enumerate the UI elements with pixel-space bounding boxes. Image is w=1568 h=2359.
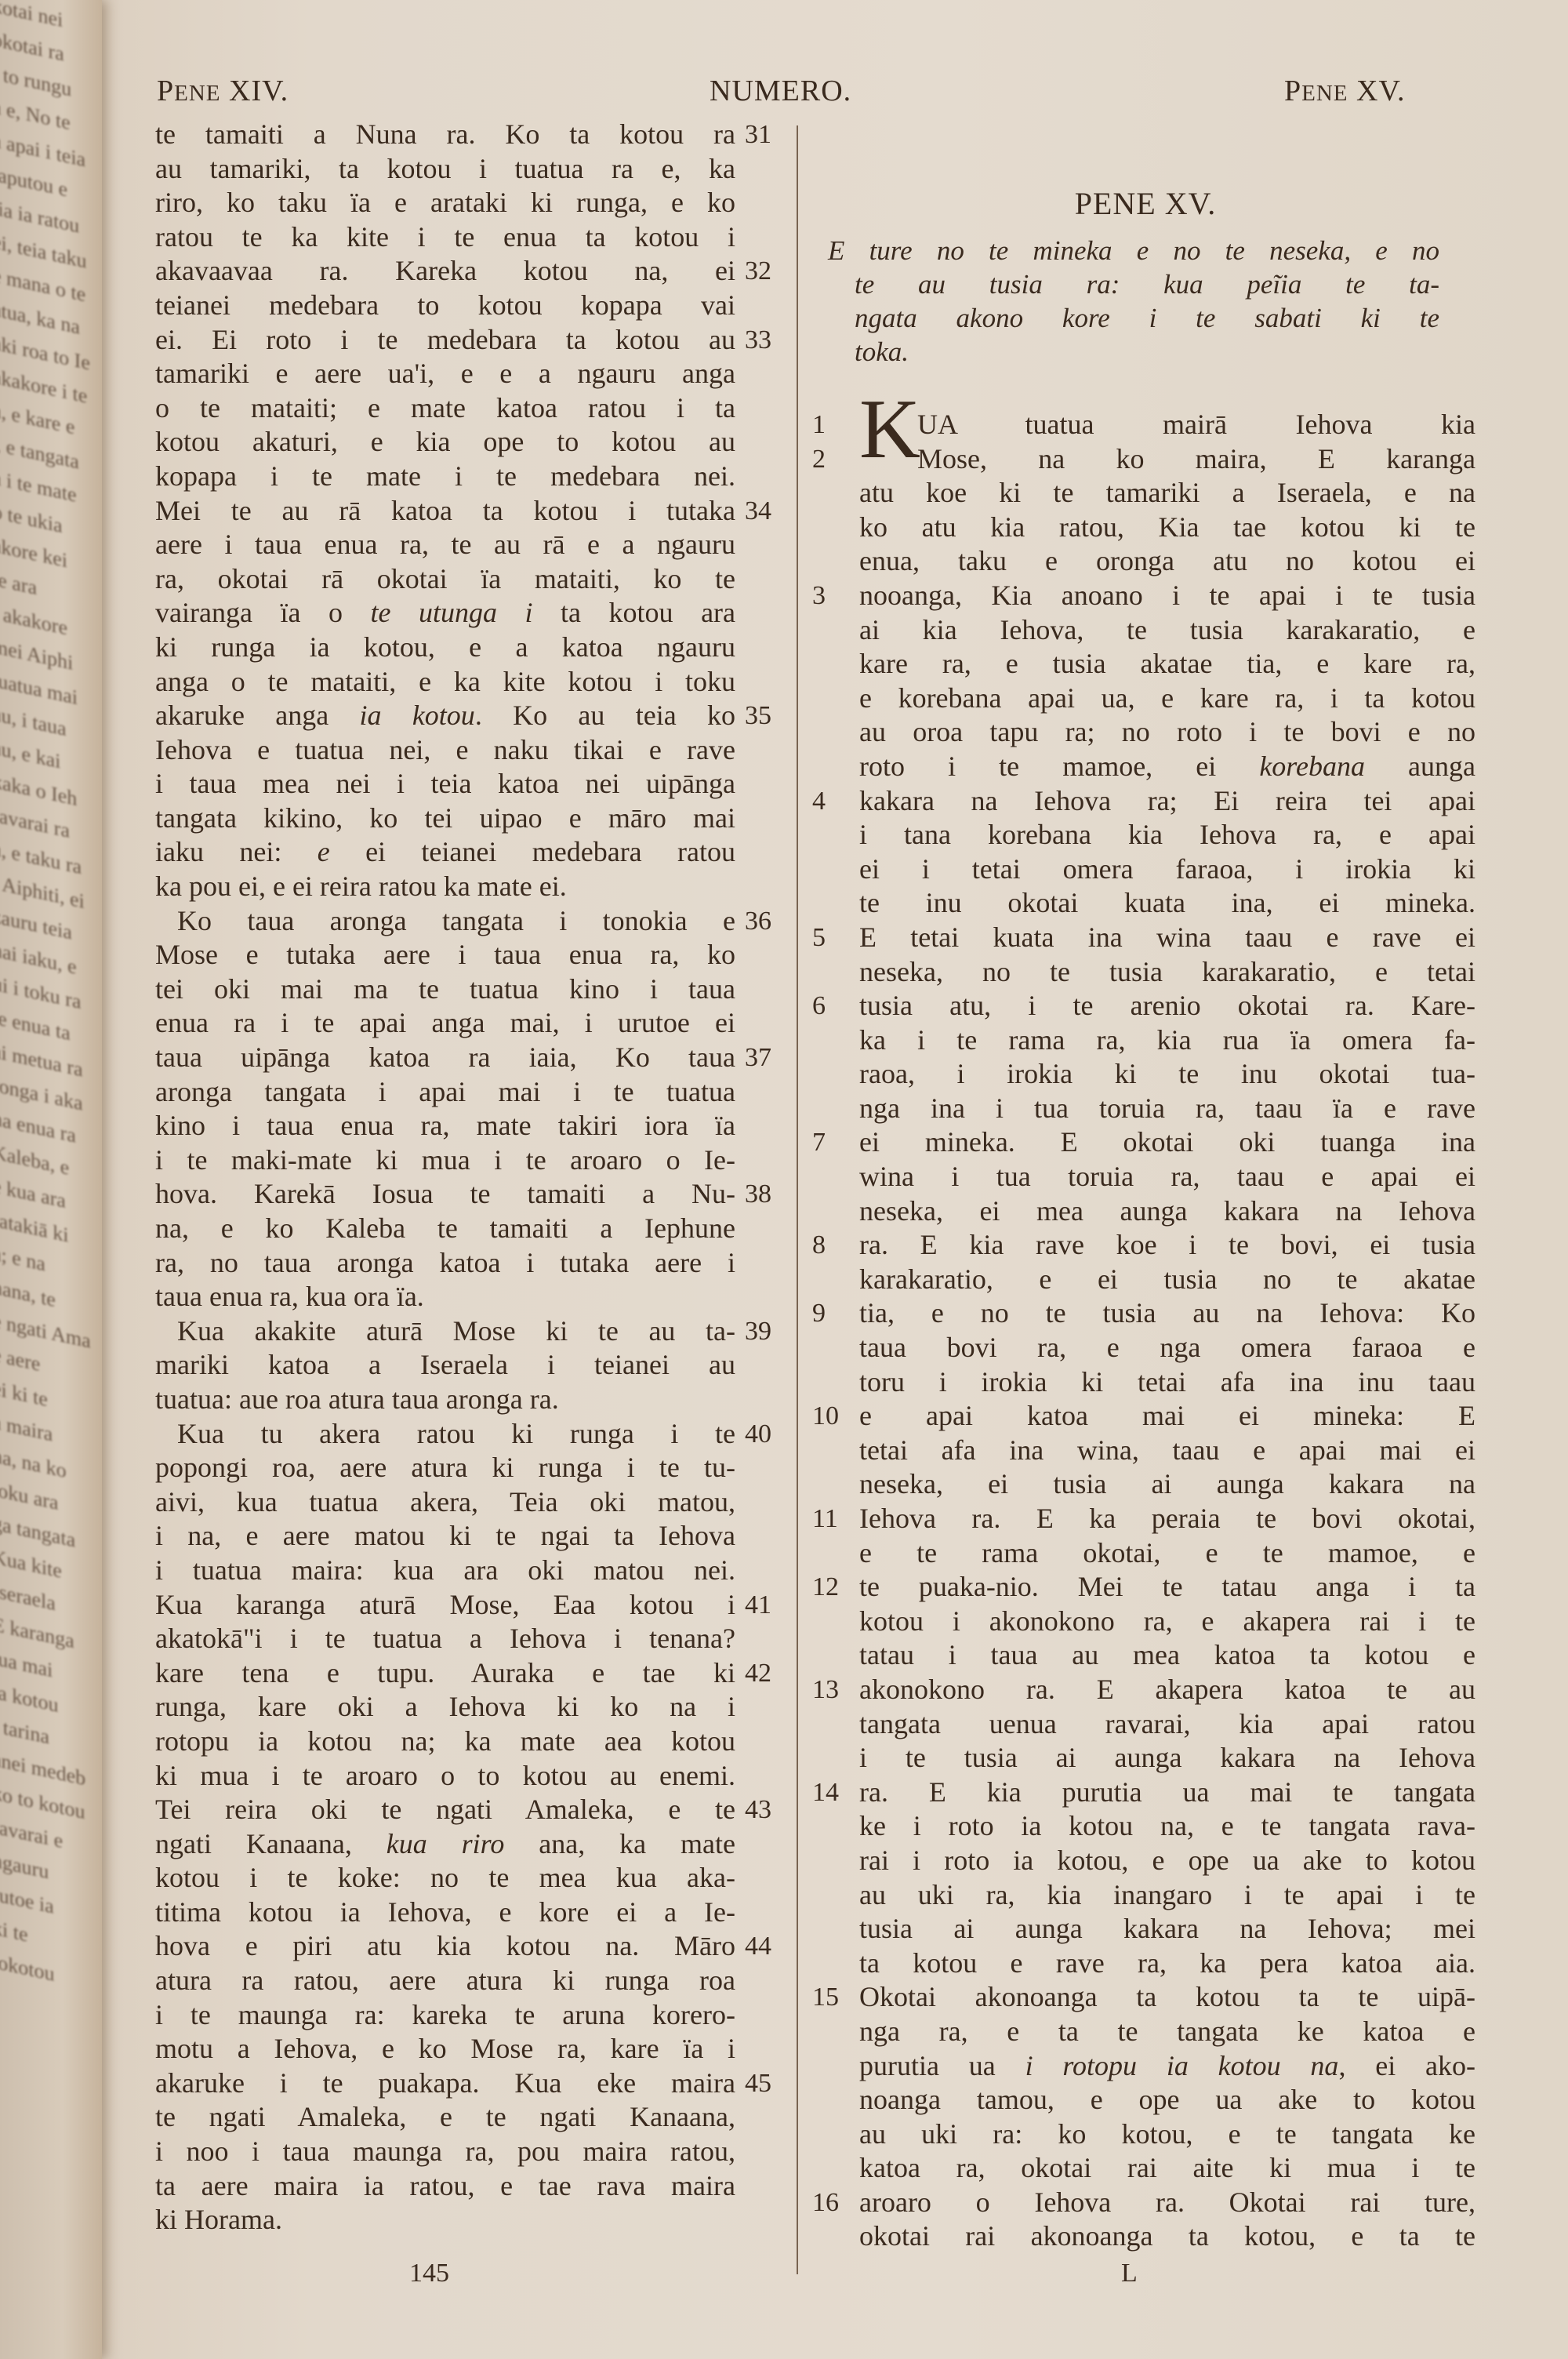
text-line: noanga tamou, e ope ua ake to kotou [859,2083,1475,2117]
line-text: Okotai akonoanga ta kotou ta te uipā- [859,1981,1475,2012]
line-text: aroaro o Iehova ra. Okotai rai ture, [859,2186,1475,2218]
verse-number: 42 [745,1656,771,1691]
line-text: te inu okotai kuata ina, ei mineka. [859,887,1475,918]
text-line: aronga tangata i apai mai i te tuatua [155,1075,735,1110]
line-text: tia, e no te tusia au na Iehova: Ko [859,1297,1475,1329]
line-text: au tamariki, ta kotou i tuatua ra e, ka [155,153,735,184]
text-line: akonokono ra. E akapera katoa te au13 [859,1673,1475,1707]
line-text: purutia ua i rotopu ia kotou na, ei ako- [859,2050,1475,2081]
text-line: kotou i akonokono ra, e akapera rai i te [859,1605,1475,1639]
line-text: toru i irokia ki tetai afa ina inu taau [859,1366,1475,1398]
text-line: ka i te rama ra, kia rua ïa omera fa- [859,1023,1475,1058]
chapter-title: PENE XV. [815,185,1475,222]
line-text: okotai rai akonoanga ta kotou, e ta te [859,2220,1475,2252]
line-text: karakaratio, e ei tusia no te akatae [859,1263,1475,1295]
verse-number: 12 [812,1570,851,1605]
text-line: Kua tu akera ratou ki runga i te40 [155,1417,735,1452]
page-number: 145 [409,2259,449,2288]
text-line: te ngati Amaleka, e te ngati Kanaana, [155,2100,735,2135]
text-line: aivi, kua tuatua akera, Teia oki matou, [155,1485,735,1520]
text-line: akatokā"i i te tuatua a Iehova i tenana? [155,1622,735,1656]
signature-mark: L [1121,2259,1138,2288]
text-line: te puaka-nio. Mei te tatau anga i ta12 [859,1570,1475,1605]
verse-number: 15 [812,1980,851,2015]
text-line: ta kotou e rave ra, ka pera katoa aia. [859,1946,1475,1981]
running-head-left: PENE XIV. [157,74,289,108]
line-text: enua ra i te apai anga mai, i urutoe ei [155,1007,735,1038]
line-text: Iehova ra. E ka peraia te bovi okotai, [859,1503,1475,1534]
line-text: ko atu kia ratou, Kia tae kotou ki te [859,511,1475,543]
line-text: aivi, kua tuatua akera, Teia oki matou, [155,1486,735,1518]
line-text: ke i roto ia kotou na, e te tangata rava… [859,1810,1475,1841]
text-line: wina i tua toruia ra, taau e apai ei [859,1160,1475,1194]
verse-number: 6 [812,989,851,1023]
verse-number: 43 [745,1793,771,1827]
text-line: titima kotou ia Iehova, e kore ei a Ie- [155,1896,735,1930]
text-line: toru i irokia ki tetai afa ina inu taau [859,1365,1475,1400]
line-text: nooanga, Kia anoano i te apai i te tusia [859,580,1475,611]
text-line: tusia ai aunga kakara na Iehova; mei [859,1912,1475,1946]
text-line: hova e piri atu kia kotou na. Māro44 [155,1929,735,1964]
verse-number: 34 [745,494,771,529]
line-text: Tei reira oki te ngati Amaleka, e te [155,1794,735,1825]
text-line: UA tuatua mairā Iehova kia1 [917,408,1475,442]
line-text: aere i taua enua ra, te au rā e a ngauru [155,529,735,560]
text-line: ei. Ei roto i te medebara ta kotou au33 [155,323,735,358]
text-line: kotou i te koke: no te mea kua aka- [155,1861,735,1896]
text-line: ra, okotai rā okotai ïa mataiti, ko te [155,562,735,597]
text-line: nga ina i tua toruia ra, taau ïa e rave [859,1092,1475,1126]
text-line: ta aere maira ia ratou, e tae rava maira [155,2169,735,2204]
text-line: aere i taua enua ra, te au rā e a ngauru [155,528,735,562]
line-text: taua bovi ra, e nga omera faraoa e [859,1332,1475,1363]
text-line: ke i roto ia kotou na, e te tangata rava… [859,1809,1475,1844]
text-line: au tamariki, ta kotou i tuatua ra e, ka [155,152,735,187]
line-text: raoa, i irokia ki te inu okotai tua- [859,1058,1475,1089]
text-line: tetai afa ina wina, taau e apai mai ei [859,1434,1475,1468]
line-text: titima kotou ia Iehova, e kore ei a Ie- [155,1896,735,1928]
line-text: tatau i taua au mea katoa ta kotou e [859,1639,1475,1670]
line-text: ki mua i te aroaro o to kotou au enemi. [155,1760,735,1791]
line-text: ra, okotai rā okotai ïa mataiti, ko te [155,563,735,594]
text-line: e korebana apai ua, e kare ra, i ta koto… [859,682,1475,716]
text-line: taua enua ra, kua ora ïa. [155,1280,735,1314]
line-text: ki Horama. [155,2204,282,2235]
text-line: popongi roa, aere atura ki runga i te tu… [155,1451,735,1485]
text-line: ka pou ei, e ei reira ratou ka mate ei. [155,870,735,904]
line-text: i te maki-mate ki mua i te aroaro o Ie- [155,1144,735,1176]
verse-number: 33 [745,323,771,358]
text-line: anga o te mataiti, e ka kite kotou i tok… [155,665,735,700]
line-text: tetai afa ina wina, taau e apai mai ei [859,1434,1475,1466]
line-text: neseka, ei mea aunga kakara na Iehova [859,1195,1475,1227]
text-line: ra. E kia rave koe i te bovi, ei tusia8 [859,1228,1475,1263]
line-text: na, e ko Kaleba te tamaiti a Iephune [155,1212,735,1244]
line-text: ei mineka. E okotai oki tuanga ina [859,1126,1475,1158]
verse-number: 9 [812,1296,851,1331]
text-line: hova. Karekā Iosua te tamaiti a Nu-38 [155,1177,735,1212]
line-text: nga ra, e ta te tangata ke katoa e [859,2016,1475,2047]
line-text: wina i tua toruia ra, taau e apai ei [859,1161,1475,1192]
line-text: kare tena e tupu. Auraka e tae ki [155,1657,735,1688]
text-line: o te mataiti; e mate katoa ratou i ta [155,391,735,426]
text-line: Iehova e tuatua nei, e naku tikai e rave [155,733,735,768]
line-text: i tuatua maira: kua ara oki matou nei. [155,1554,735,1586]
line-text: akavaavaa ra. Kareka kotou na, ei [155,255,735,286]
line-text: ta aere maira ia ratou, e tae rava maira [155,2170,735,2201]
text-line: tamariki e aere ua'i, e e a ngauru anga [155,357,735,391]
verse-number: 38 [745,1177,771,1212]
text-line: ei mineka. E okotai oki tuanga ina7 [859,1125,1475,1160]
line-text: ai kia Iehova, te tusia karakaratio, e [859,614,1475,645]
text-line: Tei reira oki te ngati Amaleka, e te43 [155,1793,735,1827]
line-text: tangata kikino, ko tei uipao e māro mai [155,802,735,834]
text-line: karakaratio, e ei tusia no te akatae [859,1263,1475,1297]
text-line: okotai rai akonoanga ta kotou, e ta te [859,2219,1475,2254]
line-text: tuatua: aue roa atura taua aronga ra. [155,1383,559,1415]
text-line: ki Horama. [155,2203,735,2237]
verse-number: 3 [812,579,851,613]
line-text: runga, kare oki a Iehova ki ko na i [155,1691,735,1722]
text-line: ra. E kia purutia ua mai te tangata14 [859,1776,1475,1810]
text-line: kotou akaturi, e kia ope to kotou au [155,425,735,460]
text-line: akaruke i te puakapa. Kua eke maira45 [155,2066,735,2101]
text-line: au uki ra: ko kotou, e te tangata ke [859,2117,1475,2152]
line-text: te puaka-nio. Mei te tatau anga i ta [859,1571,1475,1602]
line-text: kopapa i te mate i te medebara nei. [155,460,735,492]
text-line: roto i te mamoe, ei korebana aunga [859,750,1475,784]
text-line: nooanga, Kia anoano i te apai i te tusia… [859,579,1475,613]
facing-page-curl: kotai neiokotai rai to rungua e, No tea … [0,0,102,2359]
verse-number: 16 [812,2186,851,2220]
line-text: aronga tangata i apai mai i te tuatua [155,1076,735,1107]
line-text: ra. E kia purutia ua mai te tangata [859,1776,1475,1808]
line-text: Kua tu akera ratou ki runga i te [177,1418,735,1449]
line-text: kotou i akonokono ra, e akapera rai i te [859,1605,1475,1637]
line-text: akonokono ra. E akapera katoa te au [859,1674,1475,1705]
line-text: i te maunga ra: kareka te aruna korero- [155,1999,735,2030]
line-text: ratou te ka kite i te enua ta kotou i [155,221,735,253]
verse-number: 8 [812,1228,851,1263]
line-text: i taua mea nei i teia katoa nei uipānga [155,768,735,799]
text-line: taua uipānga katoa ra iaia, Ko taua37 [155,1041,735,1075]
line-text: au uki ra: ko kotou, e te tangata ke [859,2118,1475,2150]
text-line: iaku nei: e ei teianei medebara ratou [155,835,735,870]
text-line: aroaro o Iehova ra. Okotai rai ture,16 [859,2186,1475,2220]
text-line: kopapa i te mate i te medebara nei. [155,460,735,494]
verse-number: 39 [745,1314,771,1349]
line-text: o te mataiti; e mate katoa ratou i ta [155,392,735,423]
text-line: raoa, i irokia ki te inu okotai tua- [859,1057,1475,1092]
text-line: i noo i taua maunga ra, pou maira ratou, [155,2135,735,2169]
line-text: rotopu ia kotou na; ka mate aea kotou [155,1725,735,1757]
line-text: taua enua ra, kua ora ïa. [155,1281,424,1312]
line-text: kare ra, e tusia akatae tia, e kare ra, [859,648,1475,679]
line-text: akaruke anga ia kotou. Ko au teia ko [155,700,735,731]
text-line: i te maunga ra: kareka te aruna korero- [155,1998,735,2033]
facing-page-text: kotai neiokotai rai to rungua e, No tea … [0,0,102,1990]
line-text: nga ina i tua toruia ra, taau ïa e rave [859,1092,1475,1124]
text-line: ki runga ia kotou, e a katoa ngauru [155,631,735,665]
line-text: roto i te mamoe, ei korebana aunga [859,751,1475,782]
line-text: neseka, ei tusia ai aunga kakara na [859,1468,1475,1499]
verse-number: 5 [812,921,851,955]
text-line: kare ra, e tusia akatae tia, e kare ra, [859,647,1475,682]
line-text: te ngati Amaleka, e te ngati Kanaana, [155,2101,735,2132]
text-line: kare tena e tupu. Auraka e tae ki42 [155,1656,735,1691]
text-line: neseka, ei mea aunga kakara na Iehova [859,1194,1475,1229]
line-text: ka pou ei, e ei reira ratou ka mate ei. [155,871,567,902]
verse-number: 4 [812,784,851,819]
text-line: Mose e tutaka aere i taua enua ra, ko [155,938,735,972]
line-text: au uki ra, kia inangaro i te apai i te [859,1879,1475,1910]
running-head-book-title: NUMERO. [710,74,851,108]
text-line: ko atu kia ratou, Kia tae kotou ki te [859,511,1475,545]
verse-number: 41 [745,1588,771,1623]
text-line: atu koe ki te tamariki a Iseraela, e na [859,476,1475,511]
chapter-summary: E ture no te mineka e no te neseka, e no… [855,234,1439,369]
line-text: hova e piri atu kia kotou na. Māro [155,1930,735,1961]
text-line: ai kia Iehova, te tusia karakaratio, e [859,613,1475,648]
line-text: ra, no taua aronga katoa i tutaka aere i [155,1247,735,1278]
text-line: katoa ra, okotai rai aite ki mua i te [859,2151,1475,2186]
right-column-text: UA tuatua mairā Iehova kia1Mose, na ko m… [815,408,1450,2254]
text-line: mariki katoa a Iseraela i teianei au [155,1348,735,1383]
line-text: kotou i te koke: no te mea kua aka- [155,1862,735,1893]
text-line: motu a Iehova, e ko Mose ra, kare ïa i [155,2032,735,2066]
text-line: atura ra ratou, aere atura ki runga roa [155,1964,735,1998]
line-text: Mei te au rā katoa ta kotou i tutaka [155,495,735,526]
text-line: Ko taua aronga tangata i tonokia e36 [155,904,735,939]
verse-number: 13 [812,1673,851,1707]
line-text: ta kotou e rave ra, ka pera katoa aia. [859,1947,1475,1979]
line-text: ei. Ei roto i te medebara ta kotou au [155,324,735,355]
text-line: tangata kikino, ko tei uipao e māro mai [155,801,735,836]
line-text: i tana korebana kia Iehova ra, e apai [859,819,1475,850]
text-line: taua bovi ra, e nga omera faraoa e [859,1331,1475,1365]
line-text: kino i taua enua ra, mate takiri iora ïa [155,1110,735,1141]
line-text: ra. E kia rave koe i te bovi, ei tusia [859,1229,1475,1260]
text-line: au oroa tapu ra; no roto i te bovi e no [859,715,1475,750]
text-line: tuatua: aue roa atura taua aronga ra. [155,1383,735,1417]
line-text: noanga tamou, e ope ua ake to kotou [859,2084,1475,2115]
text-line: te inu okotai kuata ina, ei mineka. [859,886,1475,921]
running-head-right: PENE XV. [1284,74,1406,108]
line-text: rai i roto ia kotou, e ope ua ake to kot… [859,1845,1475,1876]
verse-number: 40 [745,1417,771,1452]
text-line: i tuatua maira: kua ara oki matou nei. [155,1554,735,1588]
summary-line: te au tusia ra: kua peĩia te ta- [855,267,1439,301]
summary-line: ngata akono kore i te sabati ki te [855,301,1439,335]
text-line: i tana korebana kia Iehova ra, e apai [859,818,1475,852]
line-text: Ko taua aronga tangata i tonokia e [177,905,735,936]
line-text: au oroa tapu ra; no roto i te bovi e no [859,716,1475,747]
text-line: Kua akakite aturā Mose ki te au ta-39 [155,1314,735,1349]
text-line: purutia ua i rotopu ia kotou na, ei ako- [859,2049,1475,2084]
line-text: neseka, no te tusia karakaratio, e tetai [859,956,1475,987]
line-text: kotou akaturi, e kia ope to kotou au [155,426,735,457]
text-line: ki mua i te aroaro o to kotou au enemi. [155,1759,735,1794]
line-text: Mose e tutaka aere i taua enua ra, ko [155,939,735,970]
text-line: runga, kare oki a Iehova ki ko na i [155,1690,735,1725]
text-line: i na, e aere matou ki te ngai ta Iehova [155,1519,735,1554]
text-line: tatau i taua au mea katoa ta kotou e [859,1638,1475,1673]
text-line: e te rama okotai, e te mamoe, e [859,1536,1475,1571]
summary-line: E ture no te mineka e no te neseka, e no [828,234,1439,267]
line-text: E tetai kuata ina wina taau e rave ei [859,921,1475,953]
verse-number: 45 [745,2066,771,2101]
verse-number: 1 [812,408,851,442]
text-line: teianei medebara to kotou kopapa vai [155,289,735,323]
text-line: te tamaiti a Nuna ra. Ko ta kotou ra31 [155,118,735,152]
text-line: ra, no taua aronga katoa i tutaka aere i [155,1246,735,1281]
line-text: iaku nei: e ei teianei medebara ratou [155,836,735,867]
text-line: Mei te au rā katoa ta kotou i tutaka34 [155,494,735,529]
text-line: ratou te ka kite i te enua ta kotou i [155,220,735,255]
line-text: i na, e aere matou ki te ngai ta Iehova [155,1520,735,1551]
line-text: anga o te mataiti, e ka kite kotou i tok… [155,666,735,697]
line-text: atura ra ratou, aere atura ki runga roa [155,1965,735,1996]
line-text: akaruke i te puakapa. Kua eke maira [155,2067,735,2099]
text-line: i te maki-mate ki mua i te aroaro o Ie- [155,1143,735,1178]
line-text: vairanga ïa o te utunga i ta kotou ara [155,597,735,628]
text-line: Iehova ra. E ka peraia te bovi okotai,11 [859,1502,1475,1536]
text-line: akavaavaa ra. Kareka kotou na, ei32 [155,254,735,289]
line-text: motu a Iehova, e ko Mose ra, kare ïa i [155,2033,735,2064]
text-line: tia, e no te tusia au na Iehova: Ko9 [859,1296,1475,1331]
text-line: E tetai kuata ina wina taau e rave ei5 [859,921,1475,955]
text-line: ei i tetai omera faraoa, i irokia ki [859,852,1475,887]
text-line: rotopu ia kotou na; ka mate aea kotou [155,1725,735,1759]
text-line: kakara na Iehova ra; Ei reira tei apai4 [859,784,1475,819]
line-text: riro, ko taku ïa e arataki ki runga, e k… [155,187,735,218]
verse-number: 10 [812,1399,851,1434]
verse-number: 2 [812,442,851,477]
text-line: enua, taku e oronga atu no kotou ei [859,544,1475,579]
line-text: i noo i taua maunga ra, pou maira ratou, [155,2135,735,2167]
verse-number: 14 [812,1776,851,1810]
line-text: Mose, na ko maira, E karanga [917,443,1475,474]
text-line: rai i roto ia kotou, e ope ua ake to kot… [859,1844,1475,1878]
text-line: neseka, ei tusia ai aunga kakara na [859,1467,1475,1502]
line-text: tusia atu, i te arenio okotai ra. Kare- [859,990,1475,1021]
line-text: enua, taku e oronga atu no kotou ei [859,545,1475,576]
line-text: tangata uenua ravarai, kia apai ratou [859,1708,1475,1739]
text-line: tangata uenua ravarai, kia apai ratou [859,1707,1475,1742]
line-text: e apai katoa mai ei mineka: E [859,1400,1475,1431]
text-line: enua ra i te apai anga mai, i urutoe ei [155,1006,735,1041]
verse-number: 32 [745,254,771,289]
line-text: ngati Kanaana, kua riro ana, ka mate [155,1828,735,1859]
summary-line: toka. [855,335,1439,369]
column-divider-rule [797,125,798,2274]
line-text: popongi roa, aere atura ki runga i te tu… [155,1452,735,1483]
text-line: na, e ko Kaleba te tamaiti a Iephune [155,1212,735,1246]
text-line: au uki ra, kia inangaro i te apai i te [859,1878,1475,1913]
line-text: taua uipānga katoa ra iaia, Ko taua [155,1041,735,1073]
line-text: e korebana apai ua, e kare ra, i ta koto… [859,682,1475,714]
text-line: kino i taua enua ra, mate takiri iora ïa [155,1109,735,1143]
text-line: akaruke anga ia kotou. Ko au teia ko35 [155,699,735,733]
line-text: hova. Karekā Iosua te tamaiti a Nu- [155,1178,735,1209]
line-text: tamariki e aere ua'i, e e a ngauru anga [155,358,735,389]
left-column-text: te tamaiti a Nuna ra. Ko ta kotou ra31au… [155,118,782,2237]
line-text: akatokā"i i te tuatua a Iehova i tenana? [155,1623,735,1654]
text-line: tusia atu, i te arenio okotai ra. Kare-6 [859,989,1475,1023]
verse-number: 7 [812,1125,851,1160]
verse-number: 36 [745,904,771,939]
line-text: teianei medebara to kotou kopapa vai [155,289,735,321]
text-line: vairanga ïa o te utunga i ta kotou ara [155,596,735,631]
line-text: Iehova e tuatua nei, e naku tikai e rave [155,734,735,765]
text-line: ngati Kanaana, kua riro ana, ka mate [155,1827,735,1862]
text-line: riro, ko taku ïa e arataki ki runga, e k… [155,186,735,220]
line-text: Kua akakite aturā Mose ki te au ta- [177,1315,735,1347]
line-text: atu koe ki te tamariki a Iseraela, e na [859,477,1475,508]
text-line: e apai katoa mai ei mineka: E10 [859,1399,1475,1434]
line-text: i te tusia ai aunga kakara na Iehova [859,1742,1475,1773]
text-line: neseka, no te tusia karakaratio, e tetai [859,955,1475,990]
text-line: i taua mea nei i teia katoa nei uipānga [155,767,735,801]
text-line: Kua karanga aturā Mose, Eaa kotou i41 [155,1588,735,1623]
verse-number: 35 [745,699,771,733]
verse-number: 37 [745,1041,771,1075]
text-line: i te tusia ai aunga kakara na Iehova [859,1741,1475,1776]
line-text: mariki katoa a Iseraela i teianei au [155,1349,735,1380]
line-text: katoa ra, okotai rai aite ki mua i te [859,2152,1475,2183]
verse-number: 11 [812,1502,851,1536]
line-text: Kua karanga aturā Mose, Eaa kotou i [155,1589,735,1620]
line-text: ki runga ia kotou, e a katoa ngauru [155,631,735,663]
line-text: kakara na Iehova ra; Ei reira tei apai [859,785,1475,816]
line-text: tei oki mai ma te tuatua kino i taua [155,973,735,1005]
line-text: ka i te rama ra, kia rua ïa omera fa- [859,1024,1475,1056]
line-text: e te rama okotai, e te mamoe, e [859,1537,1475,1568]
verse-number: 44 [745,1929,771,1964]
text-line: tei oki mai ma te tuatua kino i taua [155,972,735,1007]
text-line: nga ra, e ta te tangata ke katoa e [859,2015,1475,2049]
text-line: Mose, na ko maira, E karanga2 [917,442,1475,477]
line-text: te tamaiti a Nuna ra. Ko ta kotou ra [155,118,735,150]
line-text: tusia ai aunga kakara na Iehova; mei [859,1913,1475,1944]
line-text: UA tuatua mairā Iehova kia [917,409,1475,440]
text-line: Okotai akonoanga ta kotou ta te uipā-15 [859,1980,1475,2015]
line-text: ei i tetai omera faraoa, i irokia ki [859,853,1475,885]
verse-number: 31 [745,118,771,152]
